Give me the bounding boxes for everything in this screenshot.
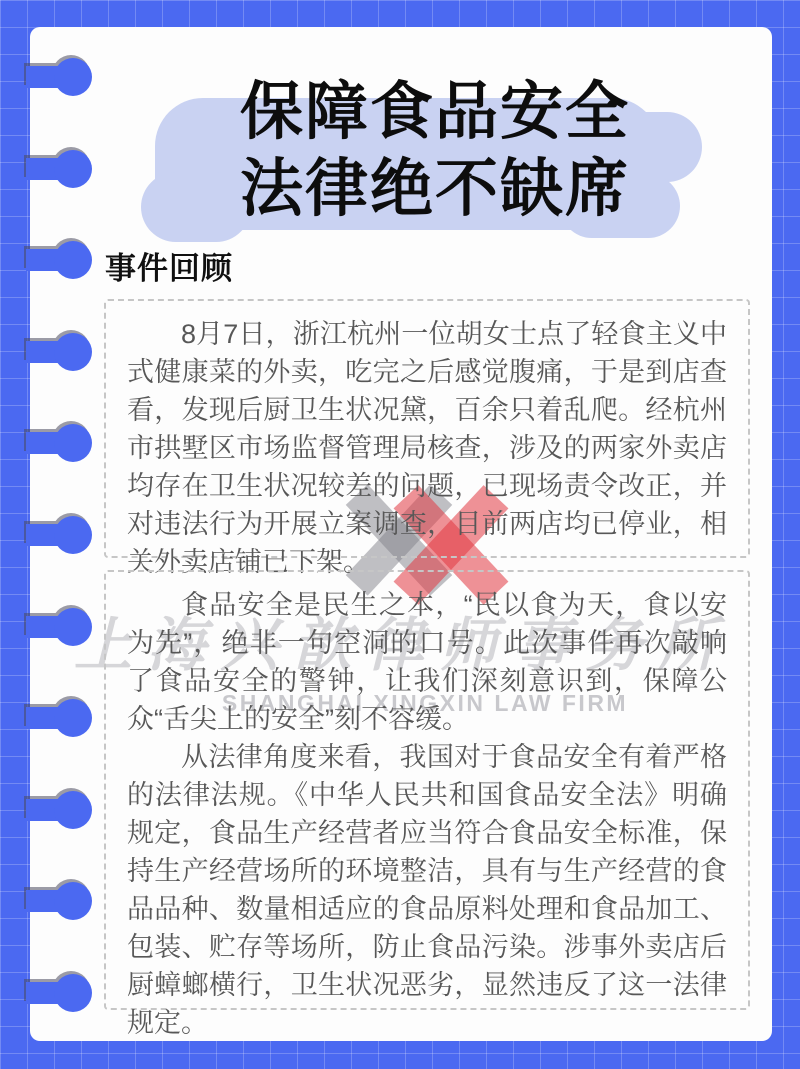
commentary-paragraph-1: 食品安全是民生之本，“民以食为天，食以安为先”，绝非一句空洞的口号。此次事件再次… (127, 586, 727, 738)
event-summary-box: 8月7日，浙江杭州一位胡女士点了轻食主义中式健康菜的外卖，吃完之后感觉腹痛，于是… (104, 299, 750, 558)
binding-peg (26, 789, 94, 831)
binding-peg-knob (54, 699, 92, 737)
binding-peg-knob (54, 333, 92, 371)
binding-peg-knob (54, 974, 92, 1012)
binding-peg (26, 514, 94, 556)
page-title-line1: 保障食品安全 (120, 74, 750, 151)
page-title: 保障食品安全 法律绝不缺席 (120, 74, 750, 228)
binding-peg-knob (54, 424, 92, 462)
commentary-paragraph-2: 从法律角度来看，我国对于食品安全有着严格的法律法规。《中华人民共和国食品安全法》… (127, 738, 727, 1042)
section-heading-event-review: 事件回顾 (105, 243, 233, 288)
binding-peg-knob (54, 58, 92, 96)
binding-peg-knob (54, 791, 92, 829)
binding-peg (26, 422, 94, 464)
poster-canvas: 上海兴歆律师事务所 SHANGHAI XINGXIN LAW FIRM 保障食品… (0, 0, 800, 1069)
binding-peg (26, 56, 94, 98)
event-summary-paragraph: 8月7日，浙江杭州一位胡女士点了轻食主义中式健康菜的外卖，吃完之后感觉腹痛，于是… (127, 315, 727, 581)
binding-peg-knob (54, 150, 92, 188)
page-title-line2: 法律绝不缺席 (120, 151, 750, 228)
binding-peg (26, 148, 94, 190)
binding-peg (26, 972, 94, 1014)
binding-peg-knob (54, 516, 92, 554)
binding-peg (26, 331, 94, 373)
binding-peg (26, 606, 94, 648)
binding-peg-knob (54, 882, 92, 920)
binding-peg (26, 697, 94, 739)
binding-peg (26, 880, 94, 922)
legal-commentary-box: 食品安全是民生之本，“民以食为天，食以安为先”，绝非一句空洞的口号。此次事件再次… (104, 570, 750, 1010)
binding-peg (26, 239, 94, 281)
binding-peg-knob (54, 608, 92, 646)
binding-peg-knob (54, 241, 92, 279)
